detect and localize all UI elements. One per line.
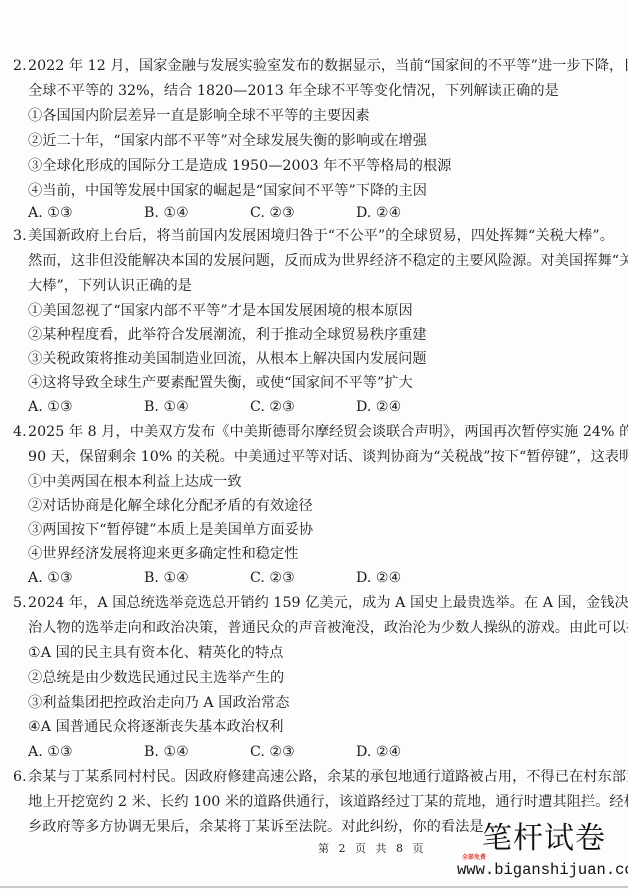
question-stem-line: 5.2024 年，A 国总统选举竞选总开销约 159 亿美元，成为 A 国史上最… xyxy=(13,591,614,615)
choice-item: ③利益集团把控政治走向乃 A 国政治常态 xyxy=(28,691,614,715)
question-stem-line: 全球不平等的 32%，结合 1820—2013 年全球不平等变化情况，下列解读正… xyxy=(28,79,614,103)
question-number: 4. xyxy=(13,420,28,444)
question-stem-line: 4.2025 年 8 月，中美双方发布《中美斯德哥尔摩经贸会谈联合声明》，两国再… xyxy=(13,420,614,444)
bottom-divider xyxy=(0,886,628,888)
answer-options: A. ①③ B. ①④ C. ②③ D. ②④ xyxy=(0,395,628,419)
option-b: B. ①④ xyxy=(144,201,189,225)
choice-item: ①中美两国在根本利益上达成一致 xyxy=(28,470,614,494)
option-b: B. ①④ xyxy=(144,395,189,419)
question-number: 5. xyxy=(13,591,28,615)
choice-item: ③两国按下“暂停键”本质上是美国单方面妥协 xyxy=(28,518,614,542)
exam-page: 2.2022 年 12 月，国家金融与发展实验室发布的数据显示，当前“国家间的不… xyxy=(0,0,628,890)
choice-item: ②总统是由少数选民通过民主选举产生的 xyxy=(28,666,614,690)
choice-item: ③关税政策将推动美国制造业回流，从根本上解决国内发展问题 xyxy=(28,347,614,371)
option-c: C. ②③ xyxy=(250,395,295,419)
option-d: D. ②④ xyxy=(356,395,401,419)
option-c: C. ②③ xyxy=(250,566,295,590)
choice-item: ④世界经济发展将迎来更多确定性和稳定性 xyxy=(28,542,614,566)
option-a: A. ①③ xyxy=(28,201,73,225)
watermark-brand: 笔杆试卷 xyxy=(482,822,606,856)
choice-item: ②近二十年，“国家内部不平等”对全球发展失衡的影响或在增强 xyxy=(28,129,614,153)
choice-item: ②某种程度看，此举符合发展潮流，利于推动全球贸易秩序重建 xyxy=(28,323,614,347)
choice-item: ④当前，中国等发展中国家的崛起是“国家间不平等”下降的主因 xyxy=(28,179,614,203)
choice-item: ②对话协商是化解全球化分配矛盾的有效途径 xyxy=(28,494,614,518)
question-number: 3. xyxy=(13,224,28,248)
option-d: D. ②④ xyxy=(356,740,401,764)
answer-options: A. ①③ B. ①④ C. ②③ D. ②④ xyxy=(0,201,628,225)
choice-item: ④这将导致全球生产要素配置失衡，或使“国家间不平等”扩大 xyxy=(28,371,614,395)
question-stem-line: 地上开挖宽约 2 米、长约 100 米的道路供通行，该道路经过丁某的荒地，通行时… xyxy=(28,790,614,814)
option-a: A. ①③ xyxy=(28,395,73,419)
choice-item: ③全球化形成的国际分工是造成 1950—2003 年不平等格局的根源 xyxy=(28,154,614,178)
option-b: B. ①④ xyxy=(144,740,189,764)
question-stem-line: 然而，这非但没能解决本国的发展问题，反而成为世界经济不稳定的主要风险源。对美国挥… xyxy=(28,249,614,273)
question-stem-line: 3.美国新政府上台后，将当前国内发展困境归咎于“不公平”的全球贸易，四处挥舞“关… xyxy=(13,224,614,248)
option-b: B. ①④ xyxy=(144,566,189,590)
question-number: 6. xyxy=(13,765,28,789)
choice-item: ①A 国的民主具有资本化、精英化的特点 xyxy=(28,641,614,665)
question-stem-line: 治人物的选举走向和政治决策，普通民众的声音被淹没，政治沦为少数人操纵的游戏。由此… xyxy=(28,616,614,640)
option-d: D. ②④ xyxy=(356,201,401,225)
watermark-url: www.biganshijuan.com xyxy=(457,860,628,880)
choice-item: ④A 国普通民众将逐渐丧失基本政治权利 xyxy=(28,715,614,739)
question-stem-line: 大棒”，下列认识正确的是 xyxy=(28,274,614,298)
page-number: 第 2 页 共 8 页 xyxy=(318,840,426,856)
option-a: A. ①③ xyxy=(28,740,73,764)
option-c: C. ②③ xyxy=(250,740,295,764)
option-a: A. ①③ xyxy=(28,566,73,590)
option-d: D. ②④ xyxy=(356,566,401,590)
choice-item: ①美国忽视了“国家内部不平等”才是本国发展困境的根本原因 xyxy=(28,299,614,323)
question-stem-line: 2.2022 年 12 月，国家金融与发展实验室发布的数据显示，当前“国家间的不… xyxy=(13,54,614,78)
option-c: C. ②③ xyxy=(250,201,295,225)
answer-options: A. ①③ B. ①④ C. ②③ D. ②④ xyxy=(0,740,628,764)
question-stem-line: 90 天，保留剩余 10% 的关税。中美通过平等对话、谈判协商为“关税战”按下“… xyxy=(28,445,614,469)
question-stem-line: 6.余某与丁某系同村村民。因政府修建高速公路，余某的承包地通行道路被占用，不得已… xyxy=(13,765,614,789)
answer-options: A. ①③ B. ①④ C. ②③ D. ②④ xyxy=(0,566,628,590)
question-number: 2. xyxy=(13,54,28,78)
choice-item: ①各国国内阶层差异一直是影响全球不平等的主要因素 xyxy=(28,104,614,128)
